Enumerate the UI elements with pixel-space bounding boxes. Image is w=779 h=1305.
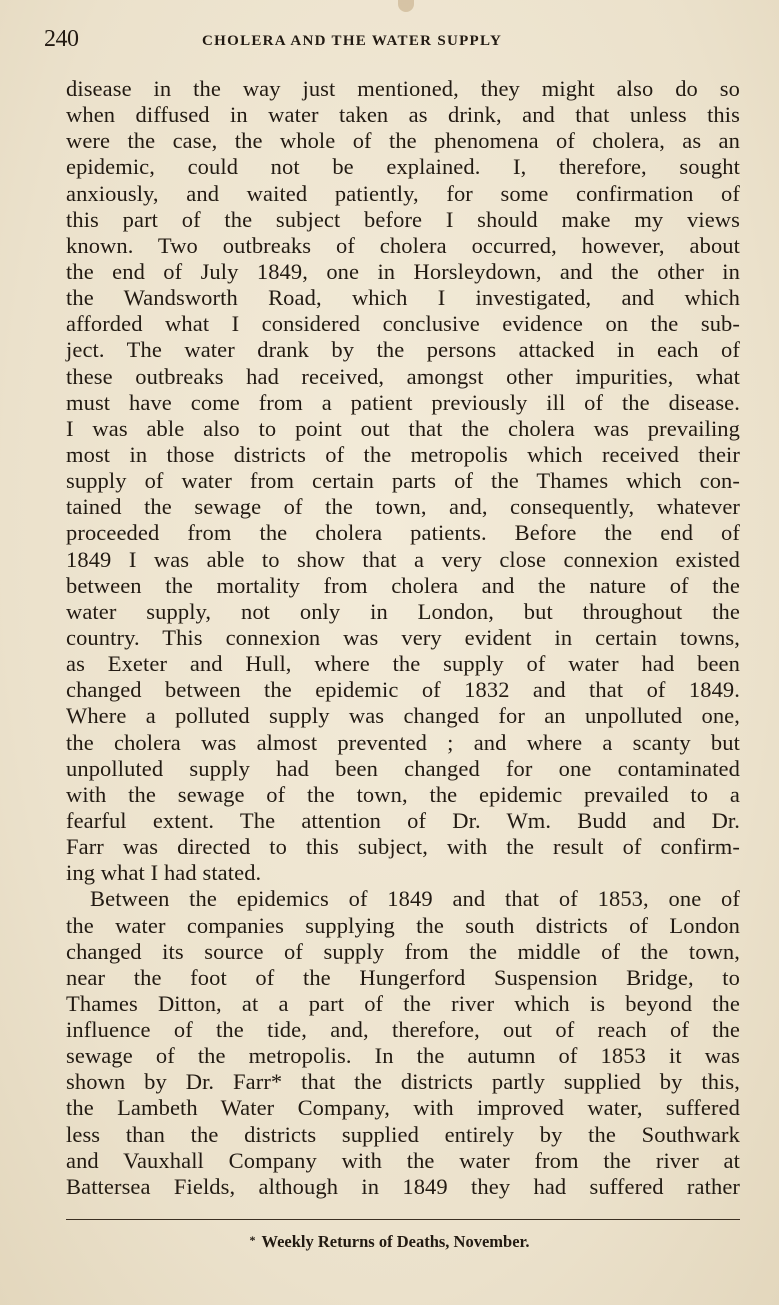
running-head: CHOLERA AND THE WATER SUPPLY bbox=[202, 33, 502, 50]
footnote-asterisk: * bbox=[250, 1233, 256, 1247]
text-line: fearful extent. The attention of Dr. Wm.… bbox=[66, 808, 740, 834]
text-line: sewage of the metropolis. In the autumn … bbox=[66, 1043, 740, 1069]
page-number: 240 bbox=[44, 26, 79, 53]
text-line: supply of water from certain parts of th… bbox=[66, 468, 740, 494]
text-line: disease in the way just mentioned, they … bbox=[66, 76, 740, 102]
text-line: anxiously, and waited patiently, for som… bbox=[66, 181, 740, 207]
text-line: shown by Dr. Farr* that the districts pa… bbox=[66, 1069, 740, 1095]
text-line: near the foot of the Hungerford Suspensi… bbox=[66, 965, 740, 991]
text-line: as Exeter and Hull, where the supply of … bbox=[66, 651, 740, 677]
text-line: must have come from a patient previously… bbox=[66, 390, 740, 416]
text-line: the end of July 1849, one in Horsleydown… bbox=[66, 259, 740, 285]
text-line: Battersea Fields, although in 1849 they … bbox=[66, 1174, 740, 1200]
text-line: the cholera was almost prevented ; and w… bbox=[66, 730, 740, 756]
text-line: Thames Ditton, at a part of the river wh… bbox=[66, 991, 740, 1017]
text-line: afforded what I considered conclusive ev… bbox=[66, 311, 740, 337]
text-line: proceeded from the cholera patients. Bef… bbox=[66, 520, 740, 546]
text-line: country. This connexion was very evident… bbox=[66, 625, 740, 651]
paragraph-start-line: Between the epidemics of 1849 and that o… bbox=[66, 886, 740, 912]
text-line: the Wandsworth Road, which I investigate… bbox=[66, 285, 740, 311]
text-line: this part of the subject before I should… bbox=[66, 207, 740, 233]
text-line: unpolluted supply had been changed for o… bbox=[66, 756, 740, 782]
text-line: changed between the epidemic of 1832 and… bbox=[66, 677, 740, 703]
text-line: between the mortality from cholera and t… bbox=[66, 573, 740, 599]
footnote-text: Weekly Returns of Deaths, November. bbox=[262, 1232, 530, 1251]
text-line: the Lambeth Water Company, with improved… bbox=[66, 1095, 740, 1121]
text-line: epidemic, could not be explained. I, the… bbox=[66, 154, 740, 180]
paper-stain bbox=[398, 0, 414, 12]
text-line: these outbreaks had received, amongst ot… bbox=[66, 364, 740, 390]
text-line: and Vauxhall Company with the water from… bbox=[66, 1148, 740, 1174]
text-line: water supply, not only in London, but th… bbox=[66, 599, 740, 625]
text-line: with the sewage of the town, the epidemi… bbox=[66, 782, 740, 808]
text-line: I was able also to point out that the ch… bbox=[66, 416, 740, 442]
text-line: the water companies supplying the south … bbox=[66, 913, 740, 939]
page-header: 240 CHOLERA AND THE WATER SUPPLY bbox=[44, 26, 734, 56]
text-line: most in those districts of the metropoli… bbox=[66, 442, 740, 468]
text-line: ject. The water drank by the persons att… bbox=[66, 337, 740, 363]
text-line: 1849 I was able to show that a very clos… bbox=[66, 547, 740, 573]
text-line: Farr was directed to this subject, with … bbox=[66, 834, 740, 860]
text-line: known. Two outbreaks of cholera occurred… bbox=[66, 233, 740, 259]
text-line: less than the districts supplied entirel… bbox=[66, 1122, 740, 1148]
footnote-rule bbox=[66, 1219, 740, 1220]
book-page: 240 CHOLERA AND THE WATER SUPPLY disease… bbox=[0, 0, 779, 1305]
text-line: influence of the tide, and, therefore, o… bbox=[66, 1017, 740, 1043]
body-text: disease in the way just mentioned, they … bbox=[66, 76, 740, 1200]
text-line: Where a polluted supply was changed for … bbox=[66, 703, 740, 729]
text-line: were the case, the whole of the phenomen… bbox=[66, 128, 740, 154]
text-line: changed its source of supply from the mi… bbox=[66, 939, 740, 965]
footnote: *Weekly Returns of Deaths, November. bbox=[0, 1232, 779, 1252]
text-line: when diffused in water taken as drink, a… bbox=[66, 102, 740, 128]
text-line: tained the sewage of the town, and, cons… bbox=[66, 494, 740, 520]
text-line: ing what I had stated. bbox=[66, 860, 740, 886]
